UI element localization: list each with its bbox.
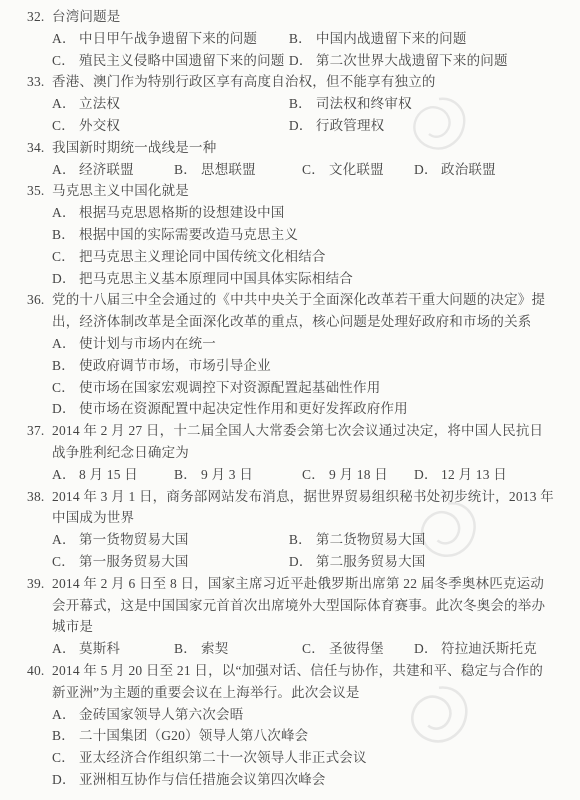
option-text: 符拉迪沃斯托克 xyxy=(441,638,556,660)
option-text: 根据马克思恩格斯的设想建设中国 xyxy=(79,202,556,224)
option-label: A． xyxy=(52,464,79,486)
option-A: A．8 月 15 日 xyxy=(52,464,174,486)
question-35: 35.马克思主义中国化就是A．根据马克思恩格斯的设想建设中国B．根据中国的实际需… xyxy=(27,180,556,289)
options: A．金砖国家领导人第六次会晤B．二十国集团（G20）领导人第八次峰会C．亚太经济… xyxy=(52,704,556,791)
option-text: 圣彼得堡 xyxy=(329,638,414,660)
option-text: 第二货物贸易大国 xyxy=(316,529,556,551)
options: A．立法权B．司法权和终审权C．外交权D．行政管理权 xyxy=(52,93,556,137)
question-stem: 2014 年 5 月 20 日至 21 日，以“加强对话、信任与协作，共建和平、… xyxy=(52,660,556,704)
option-text: 莫斯科 xyxy=(79,638,174,660)
option-label: A． xyxy=(52,704,79,726)
question-38: 38.2014 年 3 月 1 日，商务部网站发布消息，据世界贸易组织秘书处初步… xyxy=(27,486,556,573)
option-label: A． xyxy=(52,28,79,50)
option-label: B． xyxy=(289,93,316,115)
option-text: 第一货物贸易大国 xyxy=(79,529,289,551)
option-text: 行政管理权 xyxy=(316,115,556,137)
option-text: 二十国集团（G20）领导人第八次峰会 xyxy=(79,725,556,747)
option-text: 把马克思主义基本原理同中国具体实际相结合 xyxy=(79,268,556,290)
option-label: C． xyxy=(52,377,79,399)
option-text: 第二次世界大战遗留下来的问题 xyxy=(316,50,556,72)
option-A: A．金砖国家领导人第六次会晤 xyxy=(52,704,556,726)
option-label: C． xyxy=(302,464,329,486)
question-body: 我国新时期统一战线是一种A．经济联盟B．思想联盟C．文化联盟D．政治联盟 xyxy=(52,137,556,181)
option-label: D． xyxy=(52,769,79,791)
option-B: B．思想联盟 xyxy=(174,159,302,181)
option-text: 9 月 3 日 xyxy=(201,464,302,486)
options: A．8 月 15 日B．9 月 3 日C．9 月 18 日D．12 月 13 日 xyxy=(52,464,556,486)
question-stem: 马克思主义中国化就是 xyxy=(52,180,556,202)
option-text: 司法权和终审权 xyxy=(316,93,556,115)
option-label: B． xyxy=(174,638,201,660)
option-C: C．圣彼得堡 xyxy=(302,638,414,660)
options: A．第一货物贸易大国B．第二货物贸易大国C．第一服务贸易大国D．第二服务贸易大国 xyxy=(52,529,556,573)
options: A．根据马克思恩格斯的设想建设中国B．根据中国的实际需要改造马克思主义C．把马克… xyxy=(52,202,556,289)
question-stem: 台湾问题是 xyxy=(52,6,556,28)
option-label: B． xyxy=(52,355,79,377)
option-C: C．第一服务贸易大国 xyxy=(52,551,289,573)
option-C: C．9 月 18 日 xyxy=(302,464,414,486)
option-text: 文化联盟 xyxy=(329,159,414,181)
option-A: A．经济联盟 xyxy=(52,159,174,181)
question-36: 36.党的十八届三中全会通过的《中共中央关于全面深化改革若干重大问题的决定》提出… xyxy=(27,289,556,420)
option-text: 12 月 13 日 xyxy=(441,464,556,486)
option-label: D． xyxy=(414,638,441,660)
question-body: 香港、澳门作为特别行政区享有高度自治权，但不能享有独立的A．立法权B．司法权和终… xyxy=(52,71,556,136)
options: A．中日甲午战争遗留下来的问题B．中国内战遗留下来的问题C．殖民主义侵略中国遗留… xyxy=(52,28,556,72)
question-number: 33. xyxy=(27,71,52,136)
options: A．莫斯科B．索契C．圣彼得堡D．符拉迪沃斯托克 xyxy=(52,638,556,660)
option-label: A． xyxy=(52,93,79,115)
option-text: 使计划与市场内在统一 xyxy=(79,333,556,355)
question-stem: 我国新时期统一战线是一种 xyxy=(52,137,556,159)
options: A．经济联盟B．思想联盟C．文化联盟D．政治联盟 xyxy=(52,159,556,181)
option-text: 索契 xyxy=(201,638,302,660)
option-D: D．第二服务贸易大国 xyxy=(289,551,556,573)
question-32: 32.台湾问题是A．中日甲午战争遗留下来的问题B．中国内战遗留下来的问题C．殖民… xyxy=(27,6,556,71)
option-text: 第二服务贸易大国 xyxy=(316,551,556,573)
option-A: A．莫斯科 xyxy=(52,638,174,660)
question-body: 马克思主义中国化就是A．根据马克思恩格斯的设想建设中国B．根据中国的实际需要改造… xyxy=(52,180,556,289)
question-list: 32.台湾问题是A．中日甲午战争遗留下来的问题B．中国内战遗留下来的问题C．殖民… xyxy=(27,6,556,791)
option-label: C． xyxy=(52,50,79,72)
question-stem: 2014 年 2 月 6 日至 8 日，国家主席习近平赴俄罗斯出席第 22 届冬… xyxy=(52,573,556,638)
question-body: 2014 年 2 月 6 日至 8 日，国家主席习近平赴俄罗斯出席第 22 届冬… xyxy=(52,573,556,660)
option-label: A． xyxy=(52,638,79,660)
question-number: 40. xyxy=(27,660,52,791)
question-stem: 香港、澳门作为特别行政区享有高度自治权，但不能享有独立的 xyxy=(52,71,556,93)
question-number: 36. xyxy=(27,289,52,420)
option-label: B． xyxy=(52,224,79,246)
option-D: D．亚洲相互协作与信任措施会议第四次峰会 xyxy=(52,769,556,791)
option-D: D．把马克思主义基本原理同中国具体实际相结合 xyxy=(52,268,556,290)
option-label: B． xyxy=(174,464,201,486)
option-text: 金砖国家领导人第六次会晤 xyxy=(79,704,556,726)
option-label: B． xyxy=(174,159,201,181)
question-body: 2014 年 3 月 1 日，商务部网站发布消息，据世界贸易组织秘书处初步统计，… xyxy=(52,486,556,573)
option-label: C． xyxy=(52,115,79,137)
option-label: C． xyxy=(302,638,329,660)
option-A: A．使计划与市场内在统一 xyxy=(52,333,556,355)
option-text: 亚洲相互协作与信任措施会议第四次峰会 xyxy=(79,769,556,791)
option-text: 立法权 xyxy=(79,93,289,115)
option-label: B． xyxy=(52,725,79,747)
option-text: 使市场在资源配置中起决定性作用和更好发挥政府作用 xyxy=(79,398,556,420)
question-number: 32. xyxy=(27,6,52,71)
option-text: 殖民主义侵略中国遗留下来的问题 xyxy=(79,50,289,72)
exam-page: 32.台湾问题是A．中日甲午战争遗留下来的问题B．中国内战遗留下来的问题C．殖民… xyxy=(0,0,580,800)
option-text: 使政府调节市场，市场引导企业 xyxy=(79,355,556,377)
option-label: A． xyxy=(52,529,79,551)
options: A．使计划与市场内在统一B．使政府调节市场，市场引导企业C．使市场在国家宏观调控… xyxy=(52,333,556,420)
option-D: D．12 月 13 日 xyxy=(414,464,556,486)
question-34: 34.我国新时期统一战线是一种A．经济联盟B．思想联盟C．文化联盟D．政治联盟 xyxy=(27,137,556,181)
option-text: 把马克思主义理论同中国传统文化相结合 xyxy=(79,246,556,268)
option-C: C．把马克思主义理论同中国传统文化相结合 xyxy=(52,246,556,268)
option-B: B．二十国集团（G20）领导人第八次峰会 xyxy=(52,725,556,747)
question-stem: 2014 年 3 月 1 日，商务部网站发布消息，据世界贸易组织秘书处初步统计，… xyxy=(52,486,556,530)
option-label: A． xyxy=(52,333,79,355)
option-A: A．根据马克思恩格斯的设想建设中国 xyxy=(52,202,556,224)
option-D: D．使市场在资源配置中起决定性作用和更好发挥政府作用 xyxy=(52,398,556,420)
option-A: A．第一货物贸易大国 xyxy=(52,529,289,551)
option-D: D．行政管理权 xyxy=(289,115,556,137)
option-label: C． xyxy=(52,551,79,573)
question-body: 2014 年 2 月 27 日，十二届全国人大常委会第七次会议通过决定，将中国人… xyxy=(52,420,556,485)
option-text: 中国内战遗留下来的问题 xyxy=(316,28,556,50)
option-label: D． xyxy=(414,464,441,486)
option-text: 使市场在国家宏观调控下对资源配置起基础性作用 xyxy=(79,377,556,399)
option-C: C．文化联盟 xyxy=(302,159,414,181)
option-text: 经济联盟 xyxy=(79,159,174,181)
option-C: C．殖民主义侵略中国遗留下来的问题 xyxy=(52,50,289,72)
question-number: 34. xyxy=(27,137,52,181)
option-label: A． xyxy=(52,159,79,181)
question-33: 33.香港、澳门作为特别行政区享有高度自治权，但不能享有独立的A．立法权B．司法… xyxy=(27,71,556,136)
option-text: 9 月 18 日 xyxy=(329,464,414,486)
option-C: C．外交权 xyxy=(52,115,289,137)
question-number: 38. xyxy=(27,486,52,573)
question-stem: 党的十八届三中全会通过的《中共中央关于全面深化改革若干重大问题的决定》提出，经济… xyxy=(52,289,556,333)
question-40: 40.2014 年 5 月 20 日至 21 日，以“加强对话、信任与协作，共建… xyxy=(27,660,556,791)
question-stem: 2014 年 2 月 27 日，十二届全国人大常委会第七次会议通过决定，将中国人… xyxy=(52,420,556,464)
option-B: B．第二货物贸易大国 xyxy=(289,529,556,551)
option-text: 根据中国的实际需要改造马克思主义 xyxy=(79,224,556,246)
option-B: B．中国内战遗留下来的问题 xyxy=(289,28,556,50)
option-text: 第一服务贸易大国 xyxy=(79,551,289,573)
option-label: A． xyxy=(52,202,79,224)
option-D: D．政治联盟 xyxy=(414,159,556,181)
option-B: B．9 月 3 日 xyxy=(174,464,302,486)
option-label: D． xyxy=(414,159,441,181)
option-text: 外交权 xyxy=(79,115,289,137)
question-39: 39.2014 年 2 月 6 日至 8 日，国家主席习近平赴俄罗斯出席第 22… xyxy=(27,573,556,660)
question-body: 党的十八届三中全会通过的《中共中央关于全面深化改革若干重大问题的决定》提出，经济… xyxy=(52,289,556,420)
option-label: D． xyxy=(289,551,316,573)
option-C: C．使市场在国家宏观调控下对资源配置起基础性作用 xyxy=(52,377,556,399)
question-body: 2014 年 5 月 20 日至 21 日，以“加强对话、信任与协作，共建和平、… xyxy=(52,660,556,791)
question-body: 台湾问题是A．中日甲午战争遗留下来的问题B．中国内战遗留下来的问题C．殖民主义侵… xyxy=(52,6,556,71)
option-B: B．根据中国的实际需要改造马克思主义 xyxy=(52,224,556,246)
option-C: C．亚太经济合作组织第二十一次领导人非正式会议 xyxy=(52,747,556,769)
option-label: B． xyxy=(289,529,316,551)
option-label: C． xyxy=(302,159,329,181)
option-A: A．中日甲午战争遗留下来的问题 xyxy=(52,28,289,50)
option-D: D．第二次世界大战遗留下来的问题 xyxy=(289,50,556,72)
question-37: 37.2014 年 2 月 27 日，十二届全国人大常委会第七次会议通过决定，将… xyxy=(27,420,556,485)
question-number: 39. xyxy=(27,573,52,660)
option-label: D． xyxy=(289,115,316,137)
option-D: D．符拉迪沃斯托克 xyxy=(414,638,556,660)
option-text: 思想联盟 xyxy=(201,159,302,181)
option-B: B．索契 xyxy=(174,638,302,660)
option-text: 中日甲午战争遗留下来的问题 xyxy=(79,28,289,50)
option-text: 亚太经济合作组织第二十一次领导人非正式会议 xyxy=(79,747,556,769)
option-B: B．司法权和终审权 xyxy=(289,93,556,115)
question-number: 35. xyxy=(27,180,52,289)
option-text: 政治联盟 xyxy=(441,159,556,181)
option-B: B．使政府调节市场，市场引导企业 xyxy=(52,355,556,377)
option-label: D． xyxy=(52,268,79,290)
option-label: C． xyxy=(52,246,79,268)
option-label: B． xyxy=(289,28,316,50)
option-A: A．立法权 xyxy=(52,93,289,115)
option-text: 8 月 15 日 xyxy=(79,464,174,486)
question-number: 37. xyxy=(27,420,52,485)
option-label: D． xyxy=(289,50,316,72)
option-label: C． xyxy=(52,747,79,769)
option-label: D． xyxy=(52,398,79,420)
